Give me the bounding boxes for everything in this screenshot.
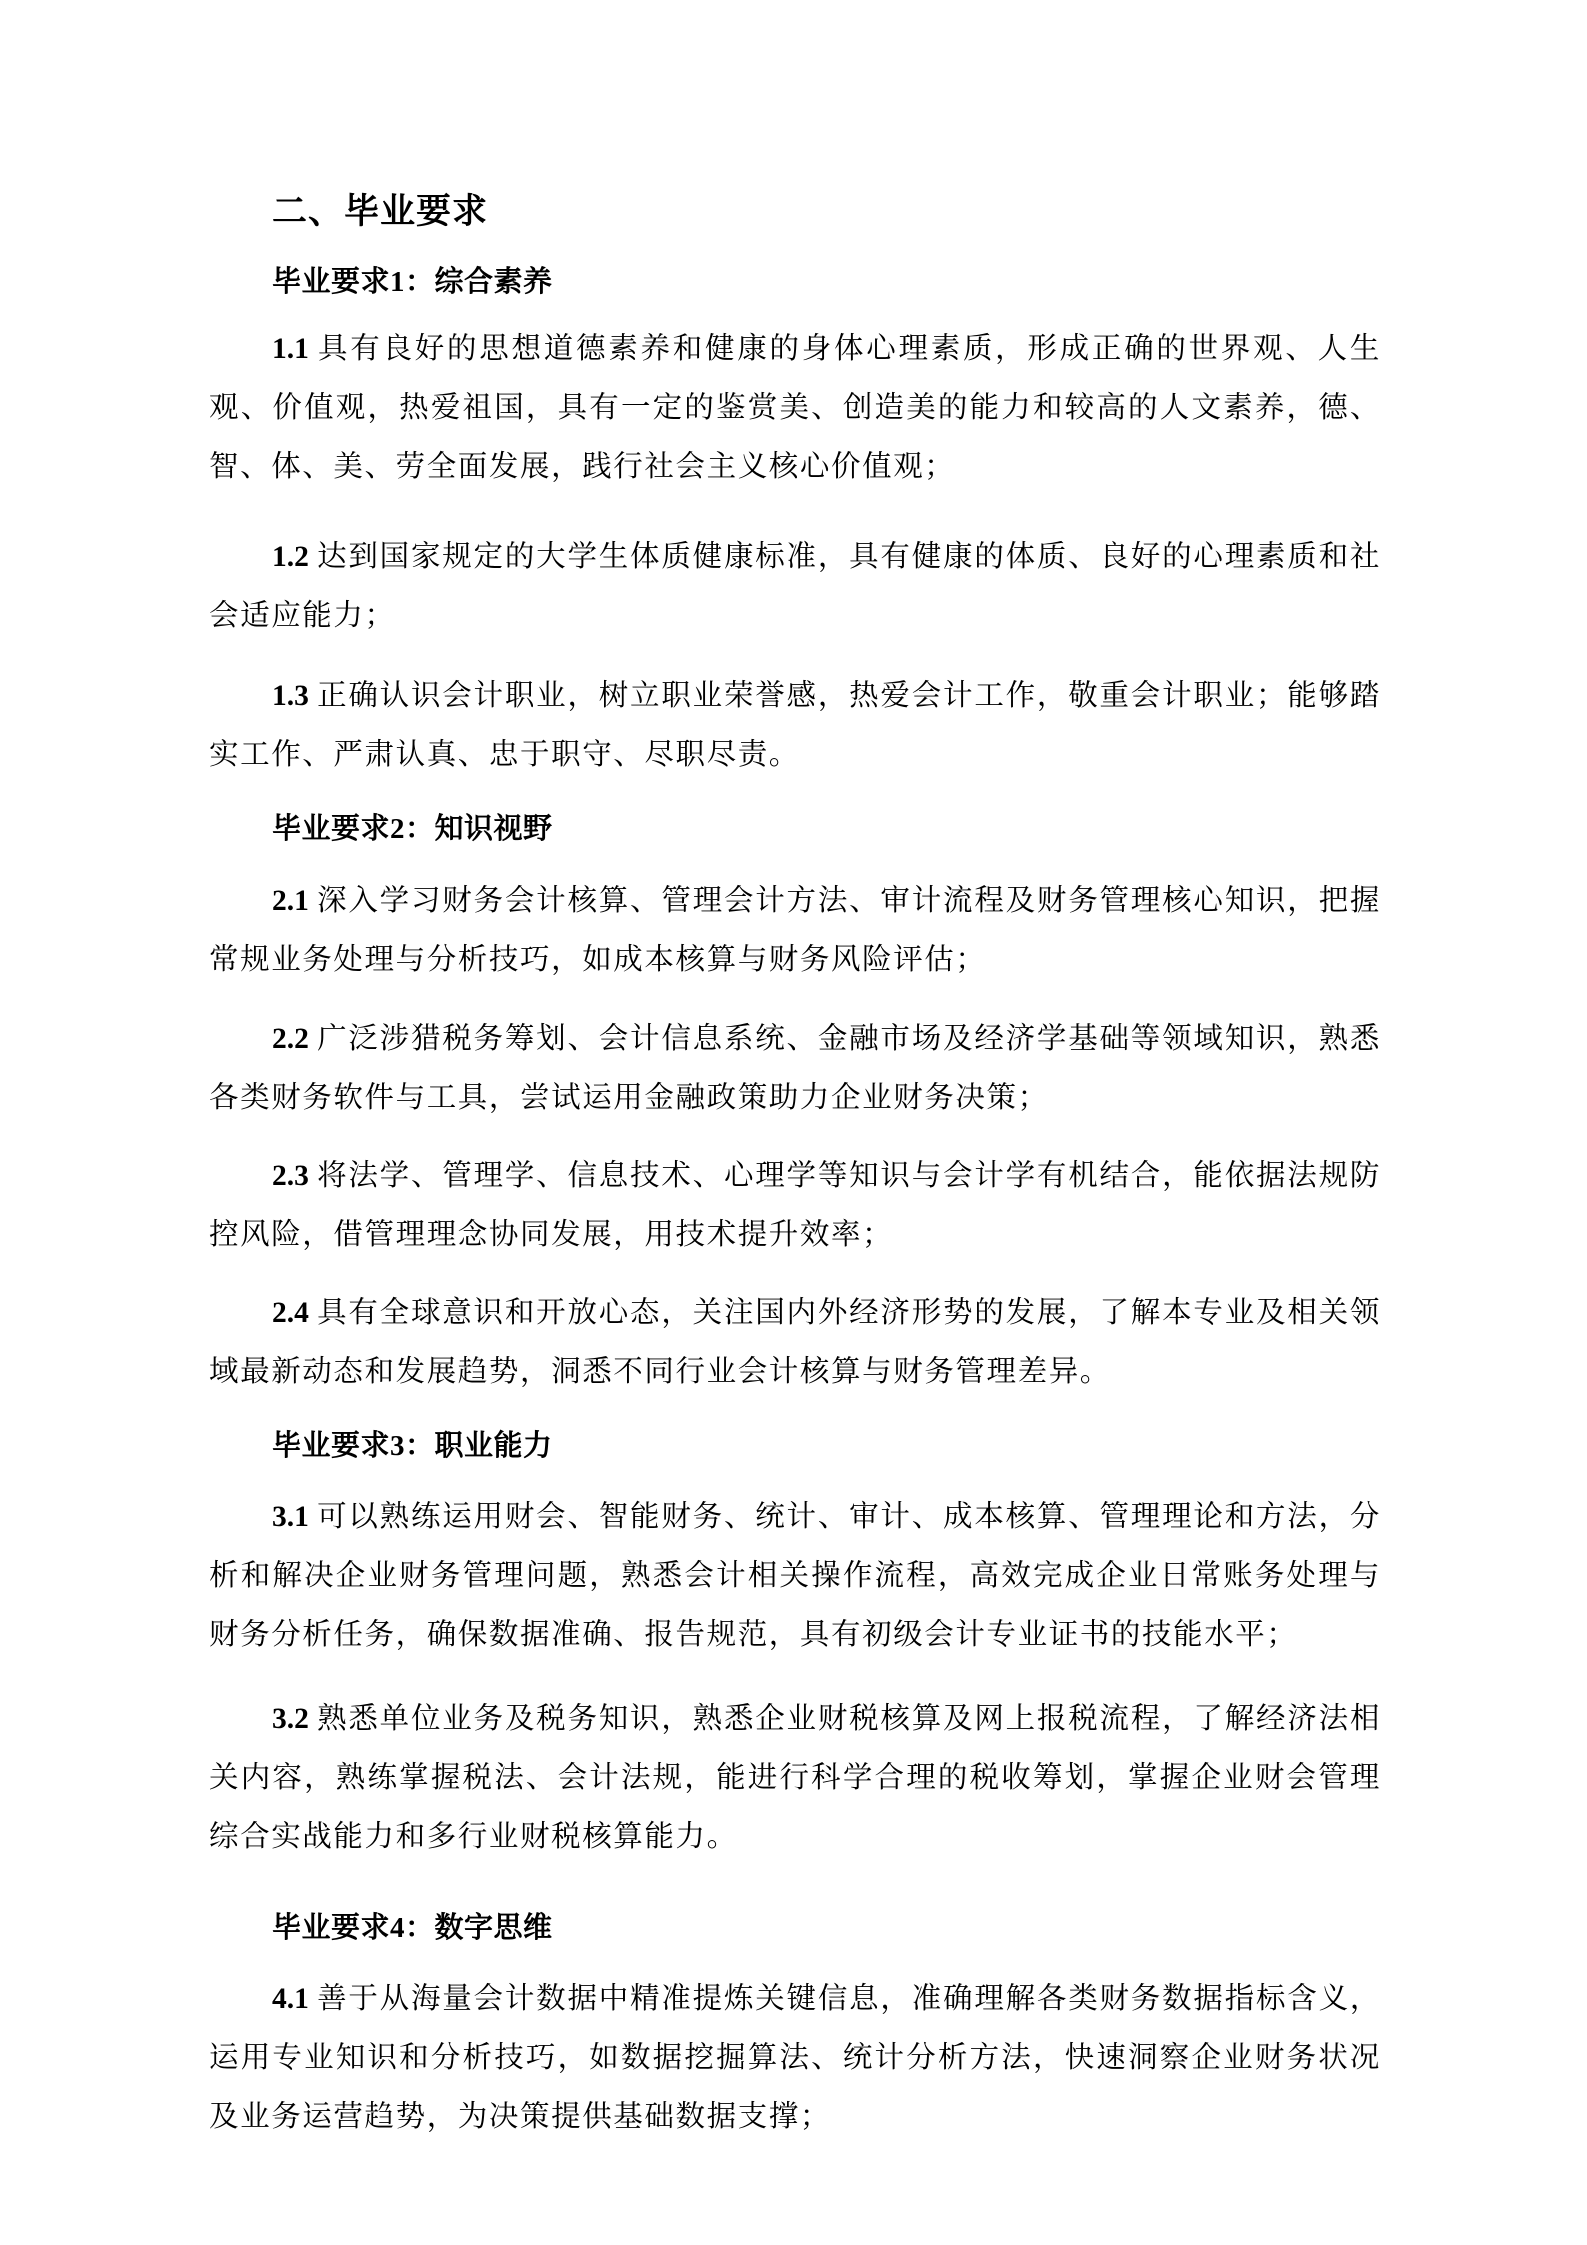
- item-text: 具有全球意识和开放心态，关注国内外经济形势的发展，了解本专业及相关领域最新动态和…: [209, 1297, 1381, 1388]
- item-number: 1.3: [272, 680, 309, 712]
- requirement-4-heading: 毕业要求4：数字思维: [272, 1910, 553, 1946]
- item-text: 达到国家规定的大学生体质健康标准，具有健康的体质、良好的心理素质和社会适应能力；: [209, 541, 1381, 632]
- requirement-item-4-1: 4.1善于从海量会计数据中精准提炼关键信息，准确理解各类财务数据指标含义，运用专…: [209, 1970, 1381, 2147]
- item-text: 正确认识会计职业，树立职业荣誉感，热爱会计工作，敬重会计职业；能够踏实工作、严肃…: [209, 680, 1381, 771]
- section-title: 二、毕业要求: [272, 192, 488, 232]
- requirement-item-1-2: 1.2达到国家规定的大学生体质健康标准，具有健康的体质、良好的心理素质和社会适应…: [209, 528, 1381, 646]
- item-text: 广泛涉猎税务筹划、会计信息系统、金融市场及经济学基础等领域知识，熟悉各类财务软件…: [209, 1023, 1381, 1114]
- item-number: 3.2: [272, 1703, 309, 1735]
- requirement-item-1-3: 1.3正确认识会计职业，树立职业荣誉感，热爱会计工作，敬重会计职业；能够踏实工作…: [209, 667, 1381, 785]
- item-text: 深入学习财务会计核算、管理会计方法、审计流程及财务管理核心知识，把握常规业务处理…: [209, 885, 1381, 976]
- requirement-item-2-1: 2.1深入学习财务会计核算、管理会计方法、审计流程及财务管理核心知识，把握常规业…: [209, 872, 1381, 990]
- requirement-item-1-1: 1.1具有良好的思想道德素养和健康的身体心理素质，形成正确的世界观、人生观、价值…: [209, 320, 1381, 497]
- item-text: 可以熟练运用财会、智能财务、统计、审计、成本核算、管理理论和方法，分析和解决企业…: [209, 1501, 1381, 1651]
- item-number: 3.1: [272, 1501, 309, 1533]
- requirement-3-heading: 毕业要求3：职业能力: [272, 1428, 553, 1464]
- item-number: 2.2: [272, 1023, 309, 1055]
- requirement-2-heading: 毕业要求2：知识视野: [272, 811, 553, 847]
- requirement-item-2-2: 2.2广泛涉猎税务筹划、会计信息系统、金融市场及经济学基础等领域知识，熟悉各类财…: [209, 1010, 1381, 1128]
- item-number: 2.3: [272, 1160, 309, 1192]
- item-text: 具有良好的思想道德素养和健康的身体心理素质，形成正确的世界观、人生观、价值观，热…: [209, 333, 1381, 483]
- item-number: 4.1: [272, 1983, 309, 2015]
- requirement-item-3-2: 3.2熟悉单位业务及税务知识，熟悉企业财税核算及网上报税流程，了解经济法相关内容…: [209, 1690, 1381, 1867]
- item-number: 1.2: [272, 541, 309, 573]
- requirement-item-3-1: 3.1可以熟练运用财会、智能财务、统计、审计、成本核算、管理理论和方法，分析和解…: [209, 1488, 1381, 1665]
- item-text: 善于从海量会计数据中精准提炼关键信息，准确理解各类财务数据指标含义，运用专业知识…: [209, 1983, 1381, 2133]
- requirement-1-heading: 毕业要求1：综合素养: [272, 264, 553, 300]
- item-text: 将法学、管理学、信息技术、心理学等知识与会计学有机结合，能依据法规防控风险，借管…: [209, 1160, 1381, 1251]
- requirement-item-2-3: 2.3将法学、管理学、信息技术、心理学等知识与会计学有机结合，能依据法规防控风险…: [209, 1147, 1381, 1265]
- item-number: 2.1: [272, 885, 309, 917]
- item-number: 2.4: [272, 1297, 309, 1329]
- requirement-item-2-4: 2.4具有全球意识和开放心态，关注国内外经济形势的发展，了解本专业及相关领域最新…: [209, 1284, 1381, 1402]
- item-number: 1.1: [272, 333, 309, 365]
- item-text: 熟悉单位业务及税务知识，熟悉企业财税核算及网上报税流程，了解经济法相关内容，熟练…: [209, 1703, 1381, 1853]
